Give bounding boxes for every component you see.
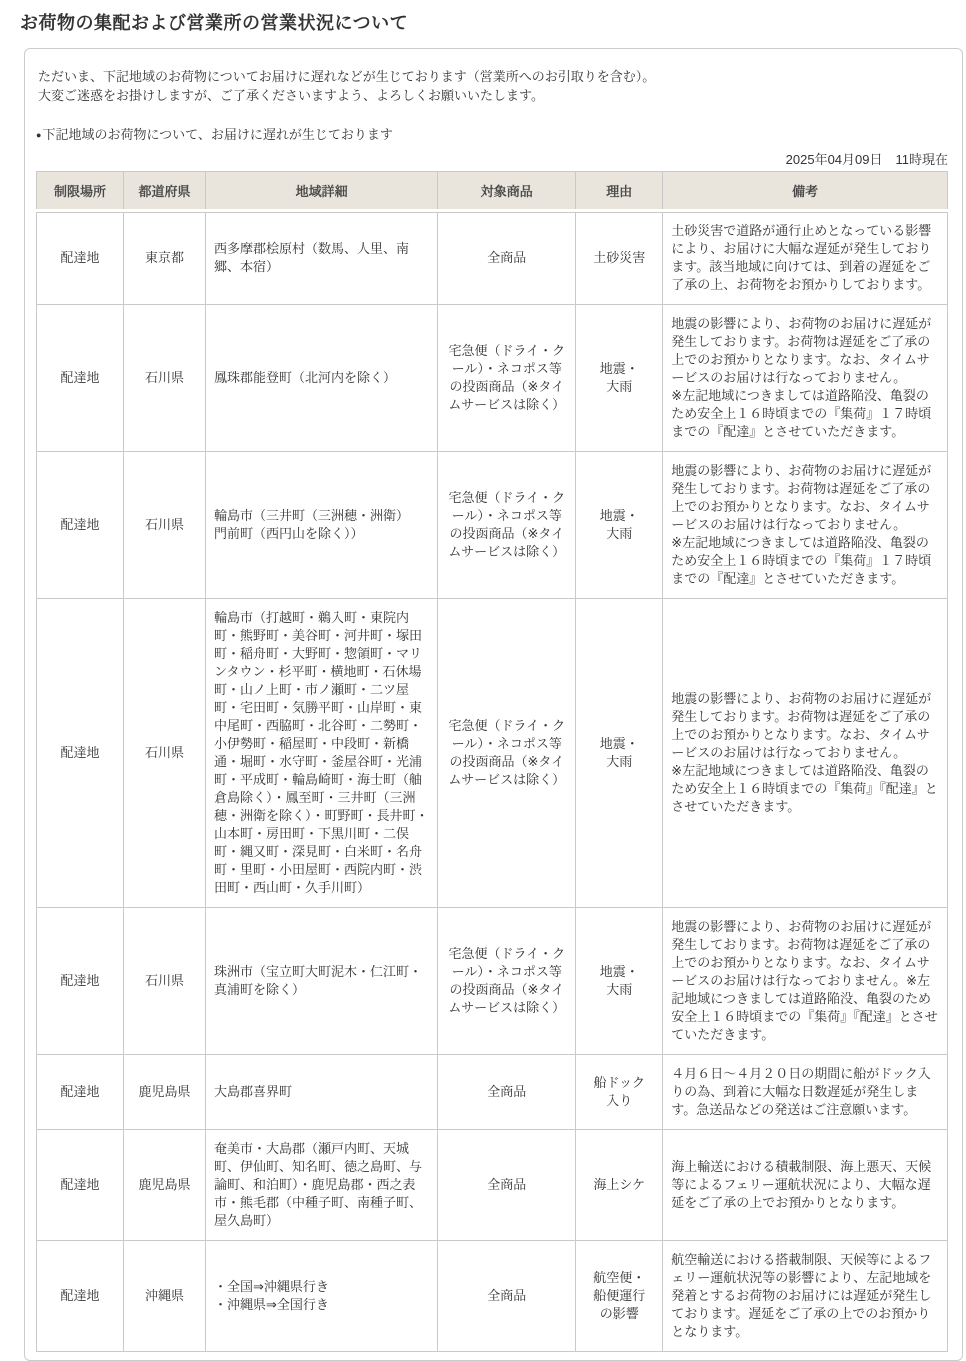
table-row: 配達地 石川県 珠洲市（宝立町大町泥木・仁江町・真浦町を除く） 宅急便（ドライ・… <box>37 908 948 1055</box>
cell-reason: 地震・ 大雨 <box>576 908 663 1055</box>
cell-restriction-place: 配達地 <box>37 211 124 305</box>
cell-target-products: 宅急便（ドライ・クール）・ネコポス等の投函商品（※タイムサービスは除く） <box>438 305 576 452</box>
cell-prefecture: 石川県 <box>124 452 206 599</box>
cell-area-detail: 珠洲市（宝立町大町泥木・仁江町・真浦町を除く） <box>205 908 437 1055</box>
cell-prefecture: 石川県 <box>124 305 206 452</box>
cell-remarks: 地震の影響により、お荷物のお届けに遅延が発生しております。お荷物は遅延をご了承の… <box>663 599 948 908</box>
table-row: 配達地 東京都 西多摩郡桧原村（数馬、人里、南郷、本宿） 全商品 土砂災害 土砂… <box>37 211 948 305</box>
table-row: 配達地 鹿児島県 大島郡喜界町 全商品 船ドック 入り ４月６日～４月２０日の期… <box>37 1055 948 1130</box>
delay-section-heading-text: 下記地域のお荷物について、お届けに遅れが生じております <box>42 127 392 142</box>
table-row: 配達地 石川県 輪島市（三井町（三洲穂・洲衛） 門前町（西円山を除く）） 宅急便… <box>37 452 948 599</box>
cell-prefecture: 鹿児島県 <box>124 1130 206 1241</box>
delay-table: 制限場所 都道府県 地域詳細 対象商品 理由 備考 配達地 東京都 西多摩郡桧原… <box>36 171 948 1352</box>
delay-section-heading: ●下記地域のお荷物について、お届けに遅れが生じております <box>36 126 948 144</box>
cell-restriction-place: 配達地 <box>37 599 124 908</box>
cell-restriction-place: 配達地 <box>37 1055 124 1130</box>
cell-target-products: 宅急便（ドライ・クール）・ネコポス等の投函商品（※タイムサービスは除く） <box>438 908 576 1055</box>
cell-target-products: 宅急便（ドライ・クール）・ネコポス等の投函商品（※タイムサービスは除く） <box>438 599 576 908</box>
cell-reason: 海上シケ <box>576 1130 663 1241</box>
cell-remarks: 海上輸送における積載制限、海上悪天、天候等によるフェリー運航状況により、大幅な遅… <box>663 1130 948 1241</box>
delay-table-body: 配達地 東京都 西多摩郡桧原村（数馬、人里、南郷、本宿） 全商品 土砂災害 土砂… <box>37 211 948 1352</box>
cell-reason: 地震・ 大雨 <box>576 599 663 908</box>
col-header-target-products: 対象商品 <box>438 172 576 211</box>
cell-area-detail: 輪島市（三井町（三洲穂・洲衛） 門前町（西円山を除く）） <box>205 452 437 599</box>
cell-restriction-place: 配達地 <box>37 305 124 452</box>
cell-prefecture: 沖縄県 <box>124 1241 206 1352</box>
bullet-icon: ● <box>36 130 41 140</box>
status-timestamp: 2025年04月09日 11時現在 <box>36 152 948 168</box>
intro-line-1: ただいま、下記地域のお荷物についてお届けに遅れなどが生じております（営業所へのお… <box>38 67 948 86</box>
cell-remarks: 地震の影響により、お荷物のお届けに遅延が発生しております。お荷物は遅延をご了承の… <box>663 305 948 452</box>
cell-remarks: 地震の影響により、お荷物のお届けに遅延が発生しております。お荷物は遅延をご了承の… <box>663 452 948 599</box>
table-header-row: 制限場所 都道府県 地域詳細 対象商品 理由 備考 <box>37 172 948 211</box>
cell-reason: 土砂災害 <box>576 211 663 305</box>
cell-area-detail: 鳳珠郡能登町（北河内を除く） <box>205 305 437 452</box>
cell-area-detail: 輪島市（打越町・鵜入町・東院内町・熊野町・美谷町・河井町・塚田町・稲舟町・大野町… <box>205 599 437 908</box>
cell-target-products: 全商品 <box>438 1055 576 1130</box>
cell-prefecture: 石川県 <box>124 908 206 1055</box>
cell-restriction-place: 配達地 <box>37 452 124 599</box>
col-header-restriction-place: 制限場所 <box>37 172 124 211</box>
cell-restriction-place: 配達地 <box>37 908 124 1055</box>
cell-reason: 地震・ 大雨 <box>576 452 663 599</box>
cell-area-detail: 奄美市・大島郡（瀬戸内町、天城町、伊仙町、知名町、徳之島町、与論町、和泊町）・鹿… <box>205 1130 437 1241</box>
cell-area-detail: 西多摩郡桧原村（数馬、人里、南郷、本宿） <box>205 211 437 305</box>
cell-restriction-place: 配達地 <box>37 1130 124 1241</box>
cell-reason: 船ドック 入り <box>576 1055 663 1130</box>
cell-target-products: 全商品 <box>438 211 576 305</box>
col-header-area-detail: 地域詳細 <box>205 172 437 211</box>
cell-remarks: ４月６日～４月２０日の期間に船がドック入りの為、到着に大幅な日数遅延が発生します… <box>663 1055 948 1130</box>
table-row: 配達地 鹿児島県 奄美市・大島郡（瀬戸内町、天城町、伊仙町、知名町、徳之島町、与… <box>37 1130 948 1241</box>
cell-target-products: 全商品 <box>438 1130 576 1241</box>
cell-target-products: 全商品 <box>438 1241 576 1352</box>
notice-box: ただいま、下記地域のお荷物についてお届けに遅れなどが生じております（営業所へのお… <box>24 48 963 1361</box>
cell-reason: 航空便・ 船便運行 の影響 <box>576 1241 663 1352</box>
cell-area-detail: ・全国⇒沖縄県行き ・沖縄県⇒全国行き <box>205 1241 437 1352</box>
intro-line-2: 大変ご迷惑をお掛けしますが、ご了承くださいますよう、よろしくお願いいたします。 <box>38 86 948 105</box>
cell-remarks: 地震の影響により、お荷物のお届けに遅延が発生しております。お荷物は遅延をご了承の… <box>663 908 948 1055</box>
table-row: 配達地 沖縄県 ・全国⇒沖縄県行き ・沖縄県⇒全国行き 全商品 航空便・ 船便運… <box>37 1241 948 1352</box>
col-header-prefecture: 都道府県 <box>124 172 206 211</box>
cell-remarks: 土砂災害で道路が通行止めとなっている影響により、お届けに大幅な遅延が発生しており… <box>663 211 948 305</box>
cell-reason: 地震・ 大雨 <box>576 305 663 452</box>
table-row: 配達地 石川県 鳳珠郡能登町（北河内を除く） 宅急便（ドライ・クール）・ネコポス… <box>37 305 948 452</box>
intro-text: ただいま、下記地域のお荷物についてお届けに遅れなどが生じております（営業所へのお… <box>38 67 948 105</box>
col-header-reason: 理由 <box>576 172 663 211</box>
page-title: お荷物の集配および営業所の営業状況について <box>20 9 966 35</box>
cell-prefecture: 石川県 <box>124 599 206 908</box>
cell-prefecture: 東京都 <box>124 211 206 305</box>
cell-area-detail: 大島郡喜界町 <box>205 1055 437 1130</box>
cell-target-products: 宅急便（ドライ・クール）・ネコポス等の投函商品（※タイムサービスは除く） <box>438 452 576 599</box>
cell-prefecture: 鹿児島県 <box>124 1055 206 1130</box>
cell-restriction-place: 配達地 <box>37 1241 124 1352</box>
col-header-remarks: 備考 <box>663 172 948 211</box>
table-row: 配達地 石川県 輪島市（打越町・鵜入町・東院内町・熊野町・美谷町・河井町・塚田町… <box>37 599 948 908</box>
cell-remarks: 航空輸送における搭載制限、天候等によるフェリー運航状況等の影響により、左記地域を… <box>663 1241 948 1352</box>
